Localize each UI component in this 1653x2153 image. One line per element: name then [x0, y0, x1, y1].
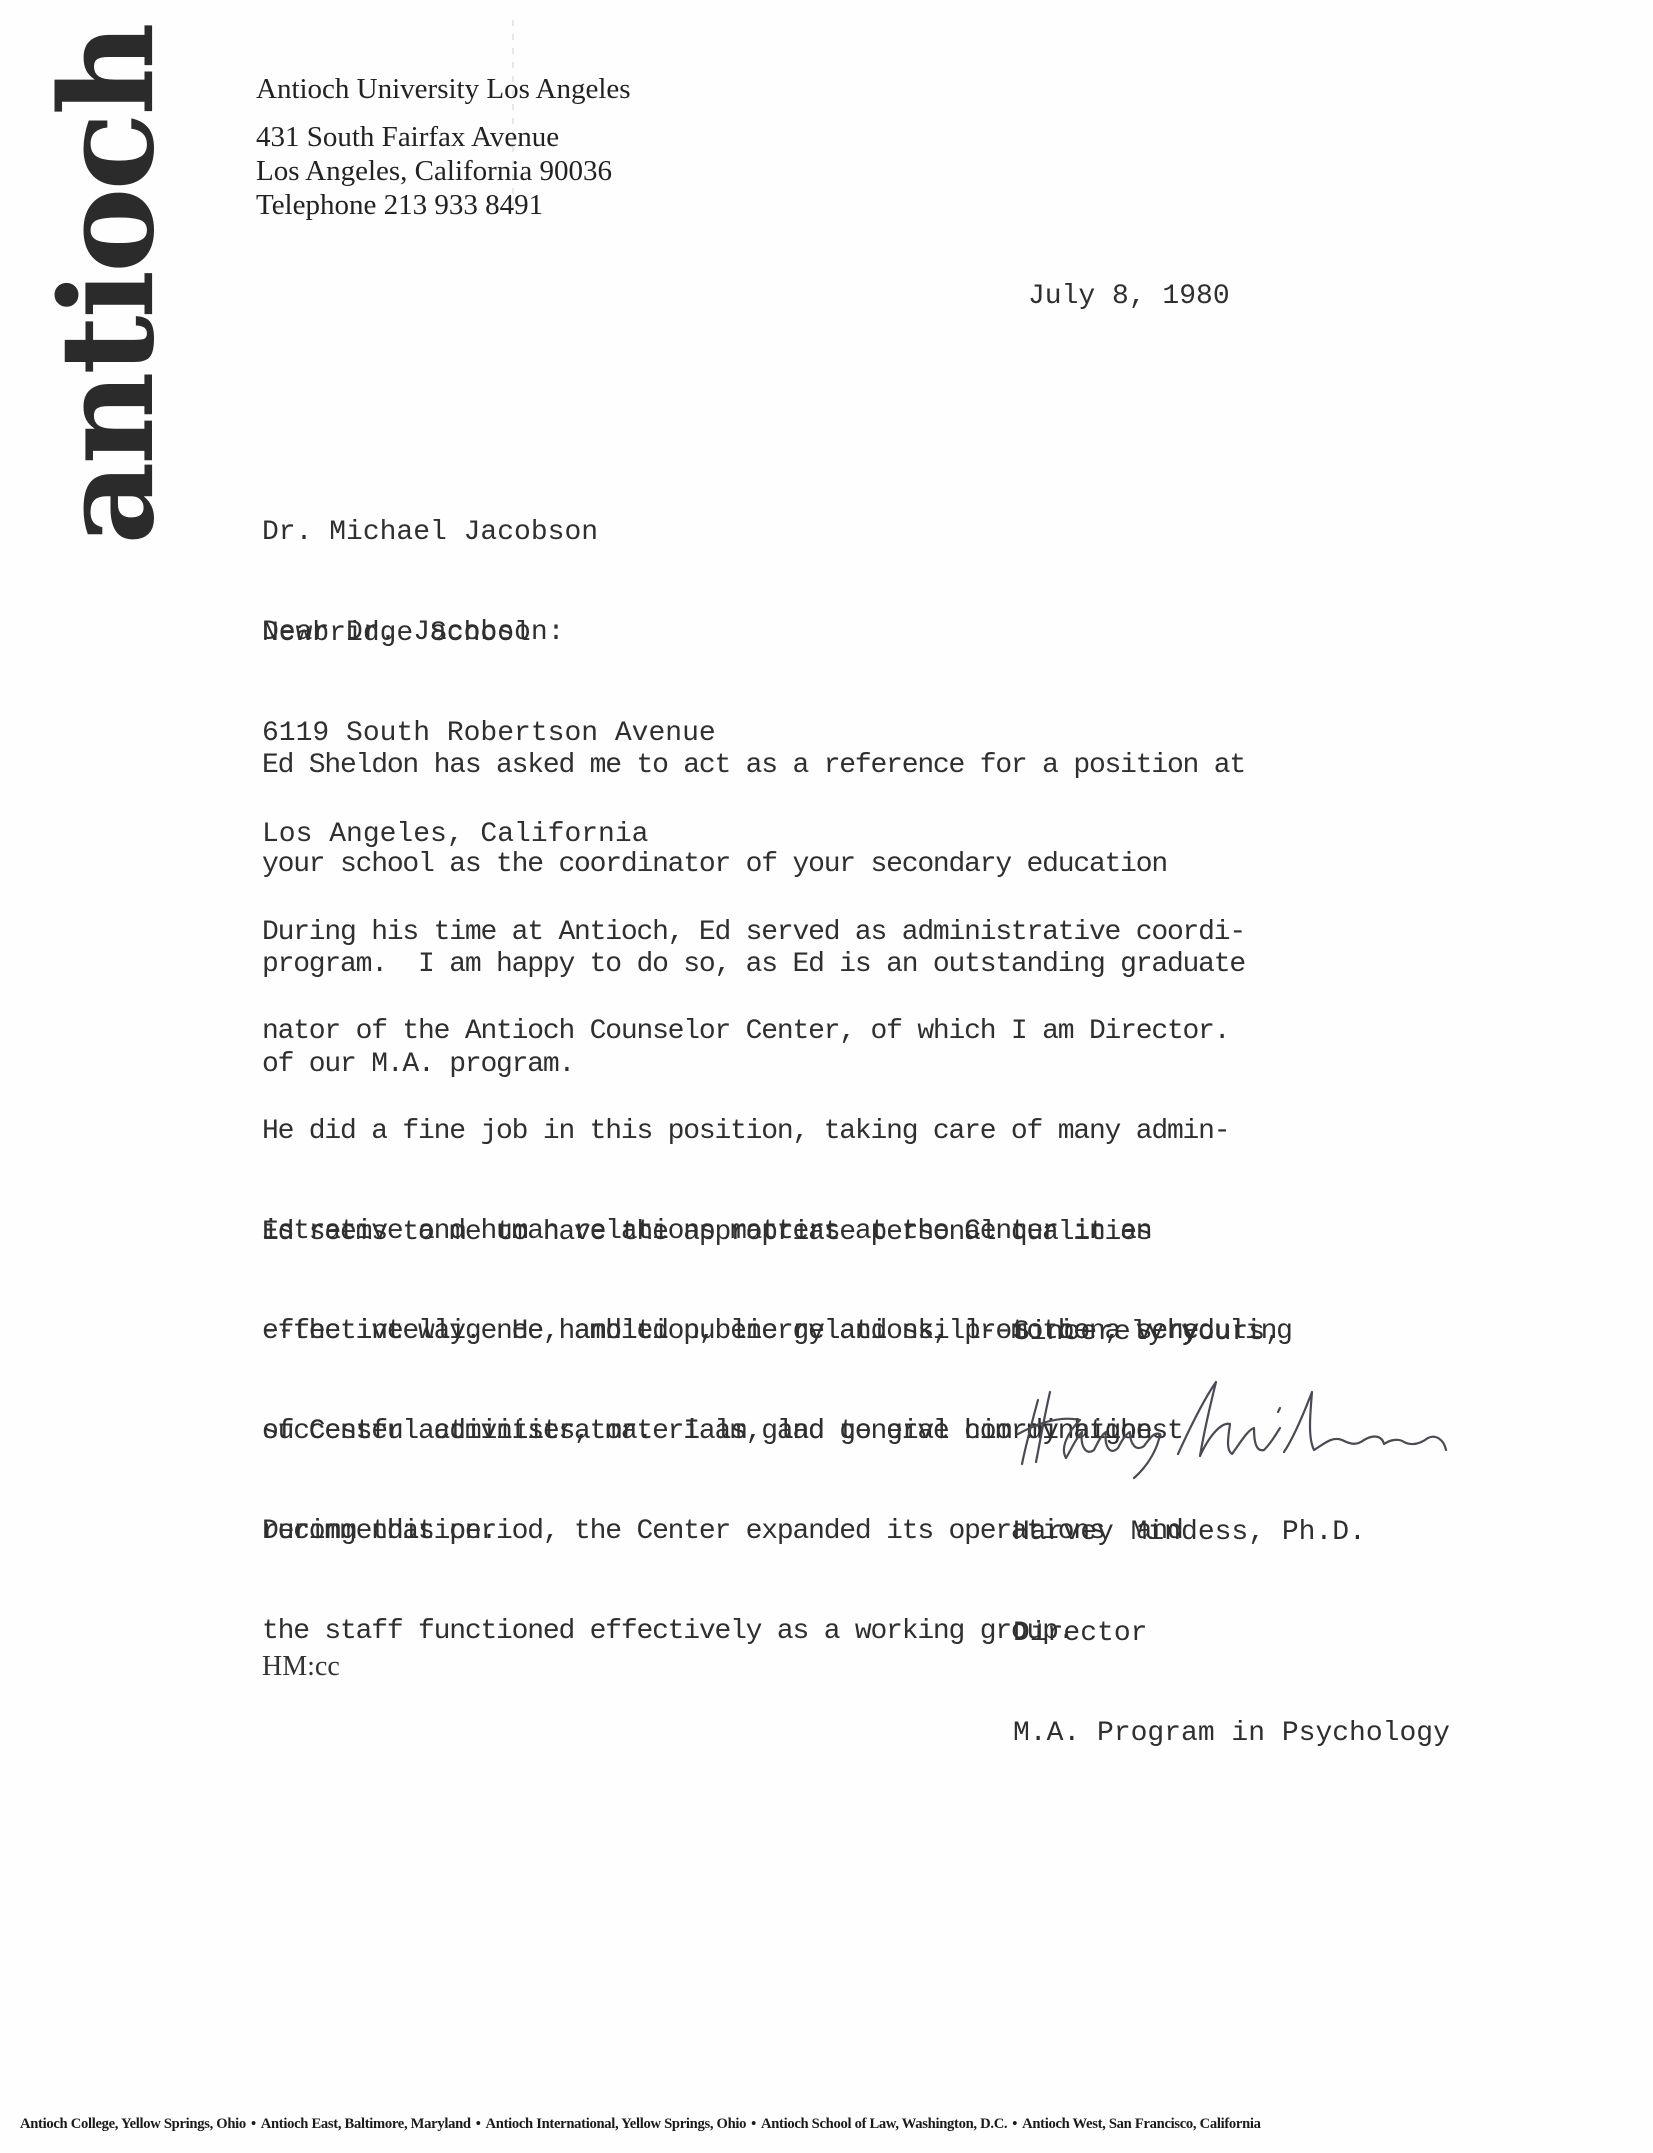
footer-separator: • — [251, 2116, 256, 2132]
letter-page: antioch Antioch University Los Angeles 4… — [0, 0, 1653, 2153]
signature-block: Harvey Mindess, Ph.D. Director M.A. Prog… — [1013, 1449, 1450, 1818]
campus-footer: Antioch College, Yellow Springs, Ohio•An… — [20, 2116, 1261, 2133]
logo-container: antioch — [48, 60, 168, 510]
letter-date: July 8, 1980 — [1028, 280, 1230, 314]
salutation: Dear Dr. Jacobson: — [262, 616, 564, 650]
footer-campus: Antioch International, Yellow Springs, O… — [486, 2116, 747, 2132]
footer-campus: Antioch East, Baltimore, Maryland — [261, 2116, 471, 2132]
address-street: 431 South Fairfax Avenue — [256, 120, 631, 154]
telephone: Telephone 213 933 8491 — [256, 188, 631, 222]
paragraph-line: nator of the Antioch Counselor Center, o… — [262, 1015, 1292, 1048]
footer-campus: Antioch School of Law, Washington, D.C. — [761, 2116, 1007, 2132]
paragraph-line: During his time at Antioch, Ed served as… — [262, 916, 1292, 949]
paragraph-line: Ed Sheldon has asked me to act as a refe… — [262, 749, 1245, 782]
closing: Sincerely yours, — [1013, 1316, 1282, 1350]
paragraph-line: He did a fine job in this position, taki… — [262, 1115, 1292, 1148]
signer-title: Director — [1013, 1617, 1450, 1651]
footer-separator: • — [476, 2116, 481, 2132]
reference-initials: HM:cc — [262, 1651, 340, 1683]
paragraph-line: Ed seems to me to have the appropriate p… — [262, 1216, 1198, 1249]
footer-campus: Antioch West, San Francisco, California — [1022, 2116, 1261, 2132]
footer-campus: Antioch College, Yellow Springs, Ohio — [20, 2116, 246, 2132]
letterhead: Antioch University Los Angeles 431 South… — [256, 72, 631, 222]
recipient-name: Dr. Michael Jacobson — [262, 516, 716, 550]
footer-separator: • — [1012, 2116, 1017, 2132]
antioch-logo: antioch — [44, 25, 172, 544]
institution-name: Antioch University Los Angeles — [256, 72, 631, 106]
address-city: Los Angeles, California 90036 — [256, 154, 631, 188]
signer-department: M.A. Program in Psychology — [1013, 1717, 1450, 1751]
signer-name: Harvey Mindess, Ph.D. — [1013, 1516, 1450, 1550]
footer-separator: • — [751, 2116, 756, 2132]
